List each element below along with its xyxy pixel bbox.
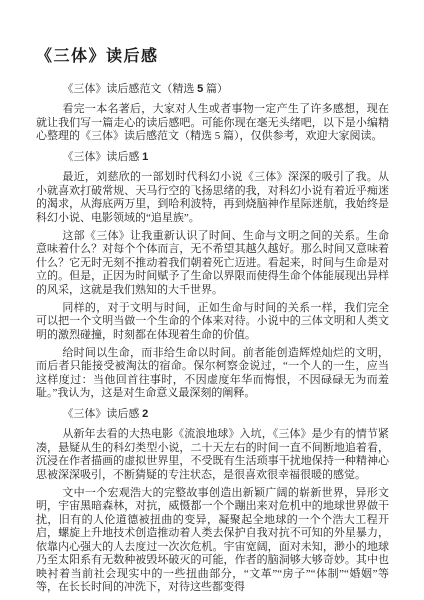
document-title: 《三体》读后感 [36,43,389,66]
section-heading-number: 2 [142,408,148,420]
paragraph: 文中一个宏观浩大的完整故事创造出新颖广阔的崭新世界，异形文明，宇宙黑暗森林，对抗… [36,487,389,595]
section-heading: 《三体》读后感 2 [36,408,389,422]
paragraph: 给时间以生命，而非给生命以时间。前者能创造辉煌灿烂的文明，而后者只能接受被淘汰的… [36,347,389,401]
paragraph: 看完一本名著后，大家对人生或者事物一定产生了许多感想，现在就让我们写一篇走心的读… [36,103,389,144]
section-heading: 《三体》读后感 1 [36,151,389,165]
paragraph: 同样的，对于文明与时间，正如生命与时间的关系一样，我们完全可以把一个文明当做一个… [36,302,389,343]
section-heading-number: 1 [142,151,148,163]
document-blocks: 看完一本名著后，大家对人生或者事物一定产生了许多感想，现在就让我们写一篇走心的读… [36,103,389,595]
section-heading-label: 《三体》读后感 [62,408,142,420]
section-heading-label: 《三体》读后感 [62,151,142,163]
paragraph: 最近，刘慈欣的一部划时代科幻小说《三体》深深的吸引了我。从小就喜欢打破常规、天马… [36,171,389,225]
paragraph: 从新年去看的大热电影《流浪地球》入坑，《三体》是少有的情节紧凑，悬疑从生的科幻类… [36,428,389,482]
document-page: 《三体》读后感 《三体》读后感范文（精选 5 篇） 看完一本名著后，大家对人生或… [0,0,424,600]
subtitle-text: 《三体》读后感范文（精选 [62,83,197,95]
paragraph: 这部《三体》让我重新认识了时间、生命与文明之间的关系。生命意味着什么？对每个个体… [36,230,389,298]
document-subtitle: 《三体》读后感范文（精选 5 篇） [36,83,389,96]
subtitle-text-tail: 篇） [203,83,228,95]
